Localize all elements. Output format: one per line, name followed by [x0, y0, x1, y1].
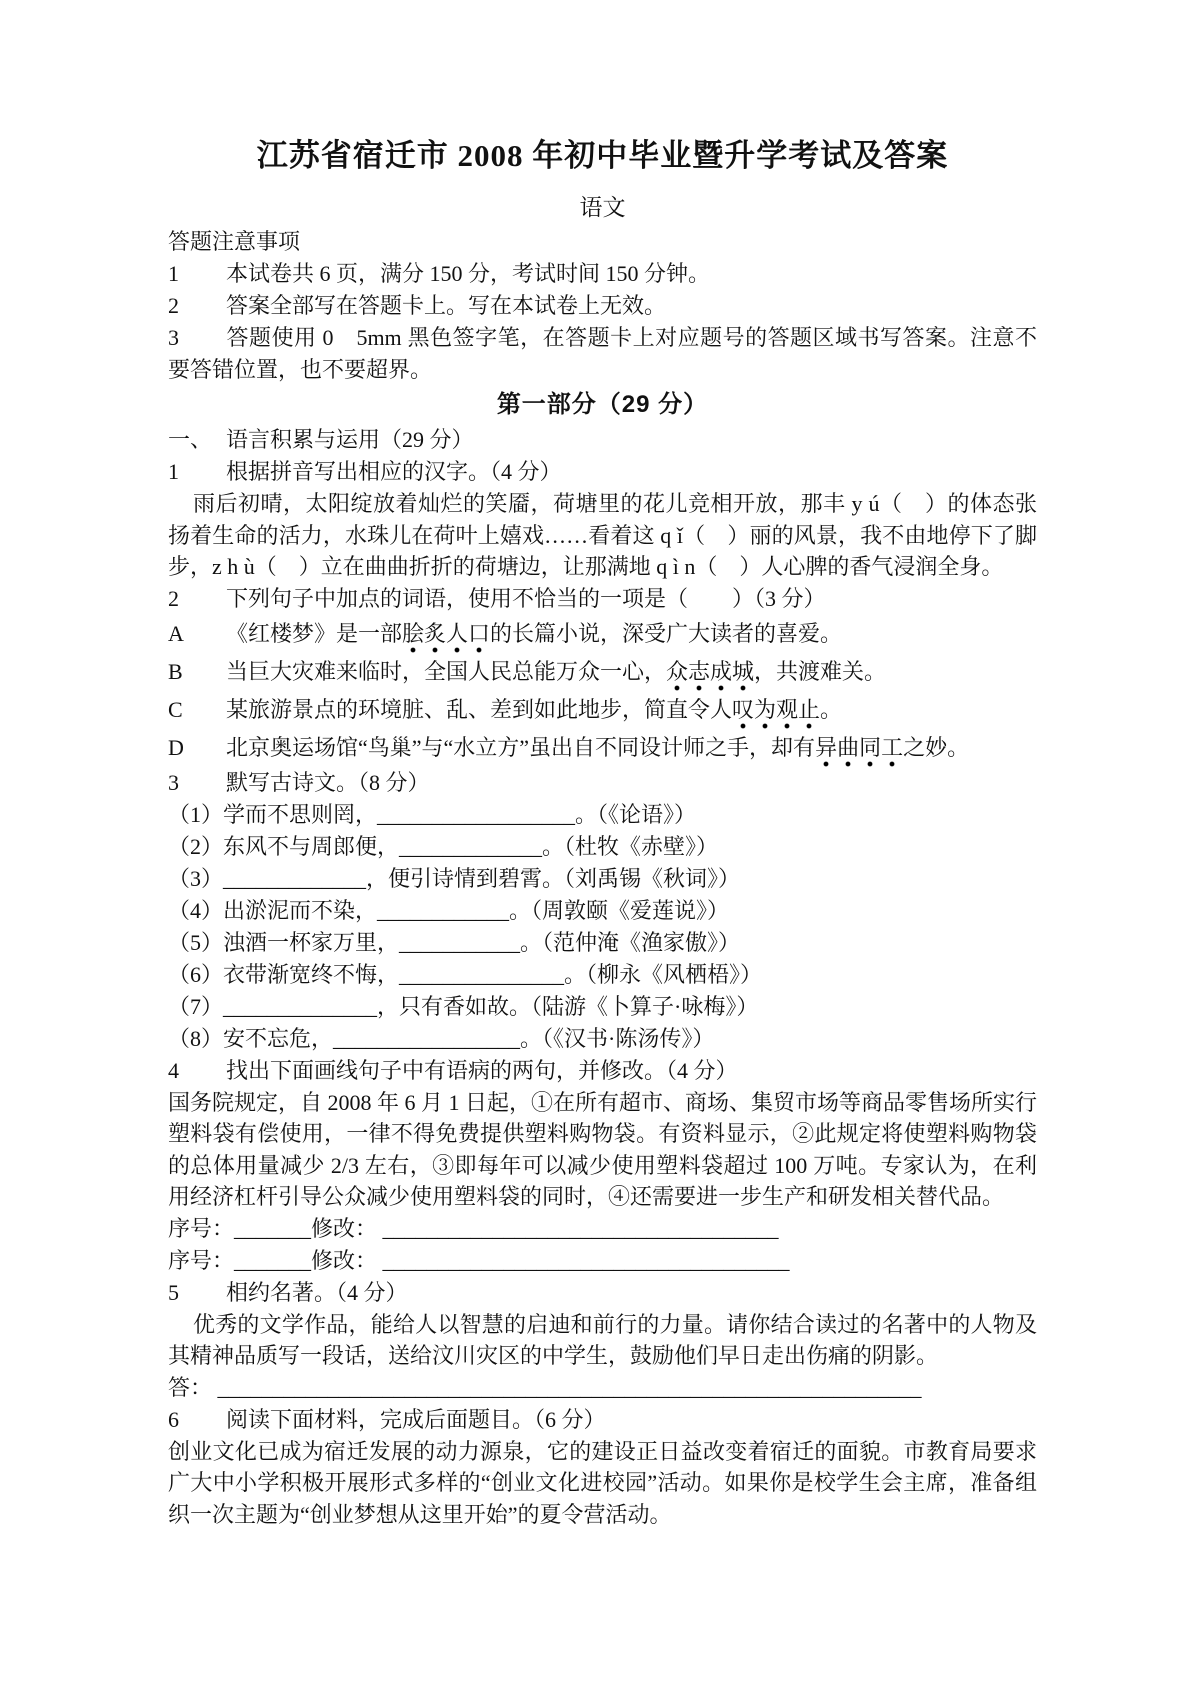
option-b-text-post: ，共渡难关。 — [754, 659, 886, 684]
option-c-label: C — [168, 695, 226, 725]
notice-item-3-text: 答题使用 0 5mm 黑色签字笔，在答题卡上对应题号的答题区域书写答案。注意不要… — [168, 325, 1037, 382]
question-6-prompt: 阅读下面材料，完成后面题目。（6 分） — [226, 1407, 606, 1432]
section-1-number: 一、 — [168, 424, 226, 456]
question-2-option-d: D北京奥运场馆“鸟巢”与“水立方”虽出自不同设计师之手，却有异曲同工之妙。 — [168, 729, 1037, 767]
question-4-answer-line-1: 序号：_______修改： __________________________… — [168, 1213, 1037, 1245]
notice-item-3-number: 3 — [168, 322, 226, 354]
notice-item-1-number: 1 — [168, 258, 226, 290]
question-5-prompt: 相约名著。（4 分） — [226, 1280, 408, 1305]
option-b-emphasized-phrase: 众志成城 — [666, 659, 754, 692]
question-3-number: 3 — [168, 767, 226, 799]
question-5-header: 5相约名著。（4 分） — [168, 1277, 1037, 1309]
question-1-header: 1根据拼音写出相应的汉字。（4 分） — [168, 456, 1037, 488]
question-3-item-2: （2）东风不与周郎便，_____________。（杜牧《赤壁》） — [168, 831, 1037, 863]
question-4-answer-line-2: 序号：_______修改： __________________________… — [168, 1245, 1037, 1277]
question-5-passage: 优秀的文学作品，能给人以智慧的启迪和前行的力量。请你结合读过的名著中的人物及其精… — [168, 1309, 1037, 1372]
notice-item-2: 2答案全部写在答题卡上。写在本试卷上无效。 — [168, 290, 1037, 322]
notice-header: 答题注意事项 — [168, 226, 1037, 258]
exam-document-page: 江苏省宿迁市 2008 年初中毕业暨升学考试及答案 语文 答题注意事项 1本试卷… — [0, 0, 1200, 1698]
question-2-option-c: C某旅游景点的环境脏、乱、差到如此地步，简直令人叹为观止。 — [168, 691, 1037, 729]
question-3-item-7: （7）______________，只有香如故。（陆游《卜算子·咏梅》） — [168, 991, 1037, 1023]
question-2-option-b: B当巨大灾难来临时，全国人民总能万众一心，众志成城，共渡难关。 — [168, 653, 1037, 691]
section-1-title: 语言积累与运用（29 分） — [226, 427, 474, 452]
question-2-header: 2下列句子中加点的词语，使用不恰当的一项是（ ）（3 分） — [168, 583, 1037, 615]
notice-item-2-text: 答案全部写在答题卡上。写在本试卷上无效。 — [226, 293, 666, 318]
section-1-title-row: 一、语言积累与运用（29 分） — [168, 424, 1037, 456]
option-a-emphasized-phrase: 脍炙人口 — [402, 621, 490, 654]
question-4-header: 4找出下面画线句子中有语病的两句，并修改。（4 分） — [168, 1055, 1037, 1087]
question-3-item-8: （8）安不忘危，_________________。（《汉书·陈汤传》） — [168, 1023, 1037, 1055]
option-b-text-pre: 当巨大灾难来临时，全国人民总能万众一心， — [226, 659, 666, 684]
option-d-text-pre: 北京奥运场馆“鸟巢”与“水立方”虽出自不同设计师之手，却有 — [226, 735, 815, 760]
option-a-text-pre: 《红楼梦》是一部 — [226, 621, 402, 646]
question-6-header: 6阅读下面材料，完成后面题目。（6 分） — [168, 1404, 1037, 1436]
question-3-prompt: 默写古诗文。（8 分） — [226, 770, 430, 795]
question-1-number: 1 — [168, 456, 226, 488]
subject-label: 语文 — [168, 192, 1037, 224]
question-6-passage: 创业文化已成为宿迁发展的动力源泉，它的建设正日益改变着宿迁的面貌。市教育局要求广… — [168, 1436, 1037, 1531]
question-2-prompt: 下列句子中加点的词语，使用不恰当的一项是（ ）（3 分） — [226, 586, 826, 611]
option-c-emphasized-phrase: 叹为观止 — [732, 697, 820, 730]
notice-item-1-text: 本试卷共 6 页，满分 150 分，考试时间 150 分钟。 — [226, 261, 710, 286]
question-3-item-3: （3）_____________，便引诗情到碧霄。（刘禹锡《秋词》） — [168, 863, 1037, 895]
question-1-passage: 雨后初晴，太阳绽放着灿烂的笑靥，荷塘里的花儿竞相开放，那丰 y ú（ ）的体态张… — [168, 488, 1037, 583]
question-4-prompt: 找出下面画线句子中有语病的两句，并修改。（4 分） — [226, 1058, 738, 1083]
question-3-item-5: （5）浊酒一杯家万里，___________。（范仲淹《渔家傲》） — [168, 927, 1037, 959]
question-3-header: 3默写古诗文。（8 分） — [168, 767, 1037, 799]
option-d-label: D — [168, 733, 226, 763]
question-3-item-1: （1）学而不思则罔，__________________。（《论语》） — [168, 799, 1037, 831]
question-1-prompt: 根据拼音写出相应的汉字。（4 分） — [226, 459, 562, 484]
page-title: 江苏省宿迁市 2008 年初中毕业暨升学考试及答案 — [168, 134, 1037, 178]
option-b-label: B — [168, 657, 226, 687]
question-6-number: 6 — [168, 1404, 226, 1436]
option-c-text-pre: 某旅游景点的环境脏、乱、差到如此地步，简直令人 — [226, 697, 732, 722]
part1-heading: 第一部分（29 分） — [168, 388, 1037, 422]
option-d-emphasized-phrase: 异曲同工 — [815, 735, 903, 768]
notice-item-3: 3答题使用 0 5mm 黑色签字笔，在答题卡上对应题号的答题区域书写答案。注意不… — [168, 322, 1037, 386]
question-5-answer-line: 答： _____________________________________… — [168, 1372, 1037, 1404]
question-5-number: 5 — [168, 1277, 226, 1309]
notice-item-1: 1本试卷共 6 页，满分 150 分，考试时间 150 分钟。 — [168, 258, 1037, 290]
question-2-number: 2 — [168, 583, 226, 615]
question-4-passage: 国务院规定，自 2008 年 6 月 1 日起，①在所有超市、商场、集贸市场等商… — [168, 1087, 1037, 1213]
notice-item-2-number: 2 — [168, 290, 226, 322]
question-2-option-a: A《红楼梦》是一部脍炙人口的长篇小说，深受广大读者的喜爱。 — [168, 615, 1037, 653]
option-a-text-post: 的长篇小说，深受广大读者的喜爱。 — [490, 621, 842, 646]
option-c-text-post: 。 — [820, 697, 842, 722]
option-a-label: A — [168, 619, 226, 649]
question-4-number: 4 — [168, 1055, 226, 1087]
option-d-text-post: 之妙。 — [903, 735, 969, 760]
question-3-item-6: （6）衣带渐宽终不悔，_______________。（柳永《风栖梧》） — [168, 959, 1037, 991]
question-3-item-4: （4）出淤泥而不染，____________。（周敦颐《爱莲说》） — [168, 895, 1037, 927]
